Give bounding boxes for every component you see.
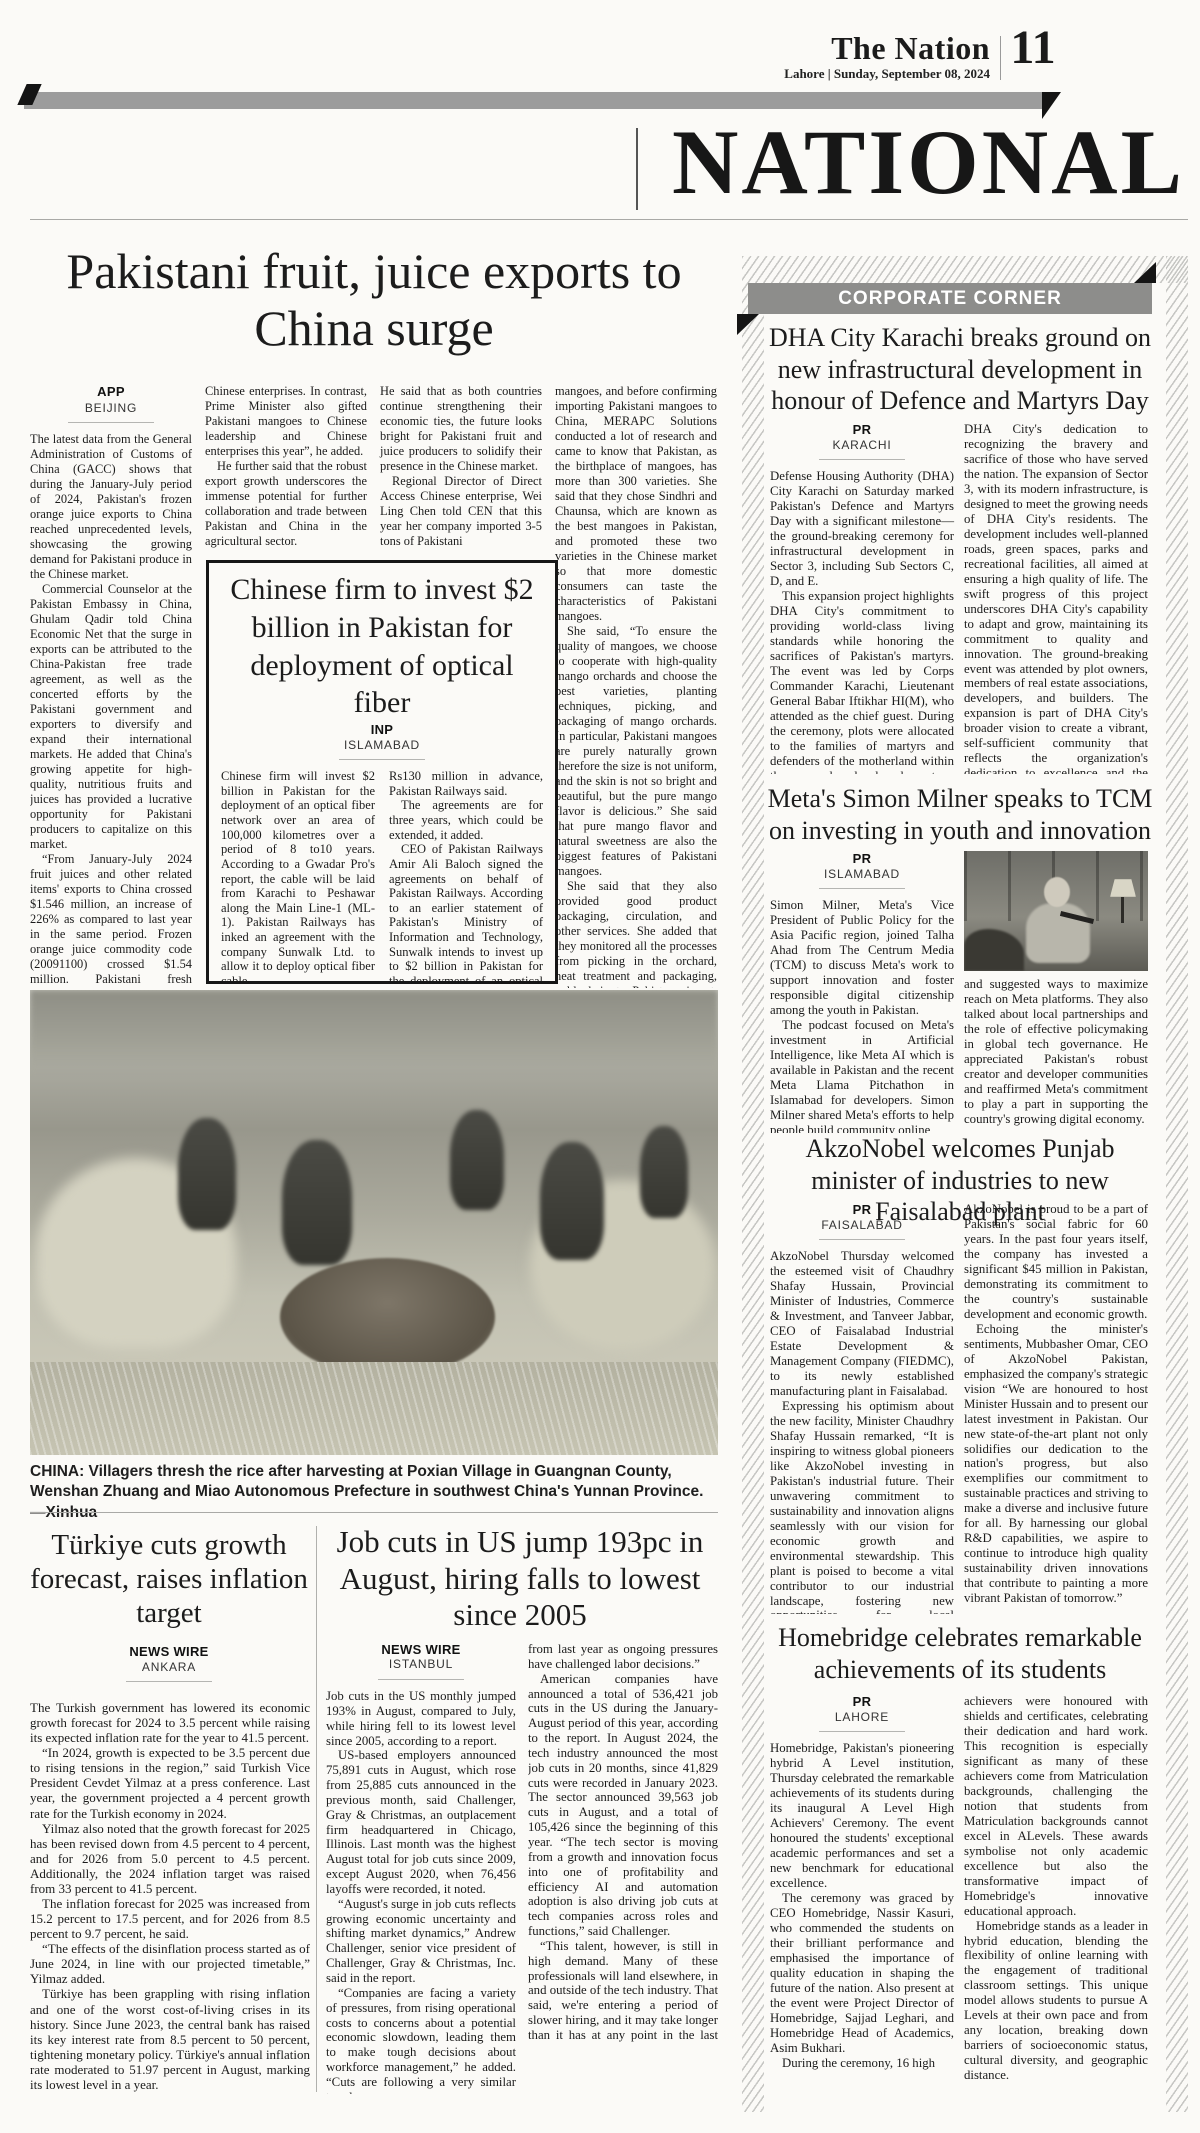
paragraph: Chinese firm will invest $2 billion in P… <box>221 769 375 984</box>
byline-city: ANKARA <box>30 1660 308 1674</box>
byline-city: KARACHI <box>770 438 954 452</box>
byline-mango: APP BEIJING <box>30 384 192 423</box>
page-number: 11 <box>1010 24 1056 72</box>
byline-city: FAISALABAD <box>770 1218 954 1232</box>
photo-figure <box>640 1126 688 1218</box>
paragraph: Chinese enterprises. In contrast, Prime … <box>205 384 367 459</box>
paragraph: He further said that the robust export g… <box>205 459 367 549</box>
byline-rule <box>819 1731 905 1732</box>
paragraph: “From January-July 2024 fruit juices and… <box>30 852 192 988</box>
corporate-corner-label: CORPORATE CORNER <box>838 288 1062 310</box>
banner-fold-icon <box>737 314 759 335</box>
dha-column-left-text: Defense Housing Authority (DHA) City Kar… <box>770 469 954 774</box>
photo-figure <box>540 1142 604 1260</box>
photo-seated-man <box>1026 903 1090 963</box>
article-meta-body: PR ISLAMABAD Simon Milner, Meta's Vice P… <box>770 851 1148 1133</box>
paragraph: The ceremony was graced by CEO Homebridg… <box>770 1891 954 2056</box>
byline-agency: PR <box>770 422 954 437</box>
mango-column-1-text: The latest data from the General Adminis… <box>30 432 192 988</box>
paragraph: She said that they also provided good pr… <box>555 879 717 988</box>
article-mango-headline: Pakistani fruit, juice exports to China … <box>40 243 708 356</box>
optical-column-left: Chinese firm will invest $2 billion in P… <box>221 769 375 984</box>
byline-agency: NEWS WIRE <box>30 1644 308 1659</box>
byline-agency: APP <box>30 384 192 400</box>
paragraph: She said, “To ensure the quality of mang… <box>555 624 717 879</box>
paragraph: During the ceremony, 16 high <box>770 2056 954 2071</box>
paragraph: Rs130 million in advance, Pakistan Railw… <box>389 769 543 798</box>
byline-optical: INP ISLAMABAD <box>221 722 543 760</box>
masthead-paper-name: The Nation <box>720 30 990 67</box>
mango-column-1: APP BEIJING The latest data from the Gen… <box>30 384 192 988</box>
dha-column-right: DHA City's dedication to recognizing the… <box>964 422 1148 774</box>
byline-rule <box>68 422 154 423</box>
paragraph: achievers were honoured with shields and… <box>964 1694 1148 1919</box>
byline-dha: PR KARACHI <box>770 422 954 460</box>
paragraph: CEO of Pakistan Railways Amir Ali Baloch… <box>389 842 543 984</box>
byline-jobcuts: NEWS WIRE ISTANBUL <box>326 1642 516 1680</box>
paragraph: Job cuts in the US monthly jumped 193% i… <box>326 1689 516 1748</box>
jobcuts-column-1-text: Job cuts in the US monthly jumped 193% i… <box>326 1689 516 2094</box>
byline-rule <box>126 1681 212 1682</box>
masthead-dateline: Lahore | Sunday, September 08, 2024 <box>660 66 990 82</box>
paragraph: mangoes, and before confirming importing… <box>555 384 717 624</box>
header-bar <box>24 92 1042 109</box>
corporate-corner-banner: CORPORATE CORNER <box>748 283 1152 314</box>
paragraph: Echoing the minister's sentiments, Mubba… <box>964 1322 1148 1606</box>
paragraph: Homebridge, Pakistan's pioneering hybrid… <box>770 1741 954 1891</box>
photo-figure <box>282 1140 352 1265</box>
article-optical-box: Chinese firm to invest $2 billion in Pak… <box>206 560 558 984</box>
photo-man-head <box>1044 877 1070 907</box>
akzo-column-left-text: AkzoNobel Thursday welcomed the esteemed… <box>770 1249 954 1614</box>
paragraph: He said that as both countries continue … <box>380 384 542 474</box>
paragraph: AkzoNobel is proud to be a part of Pakis… <box>964 1202 1148 1322</box>
photo-figure <box>450 1110 504 1210</box>
banner-fold-icon <box>1134 262 1156 283</box>
paragraph: Yilmaz also noted that the growth foreca… <box>30 1821 310 1896</box>
byline-agency: PR <box>770 1694 954 1709</box>
dha-column-left: PR KARACHI Defense Housing Authority (DH… <box>770 422 954 774</box>
byline-meta: PR ISLAMABAD <box>770 851 954 889</box>
byline-homebridge: PR LAHORE <box>770 1694 954 1732</box>
byline-agency: PR <box>770 1202 954 1217</box>
paragraph: “Companies are facing a variety of press… <box>326 1986 516 2094</box>
photo-caption: CHINA: Villagers thresh the rice after h… <box>30 1462 718 1523</box>
meta-column-left: PR ISLAMABAD Simon Milner, Meta's Vice P… <box>770 851 954 1133</box>
newspaper-page: The Nation Lahore | Sunday, September 08… <box>0 0 1200 2133</box>
photo-threshing-tub <box>280 1258 495 1376</box>
byline-city: ISLAMABAD <box>221 738 543 752</box>
article-homebridge-body: PR LAHORE Homebridge, Pakistan's pioneer… <box>770 1694 1148 2110</box>
news-photo-rice-threshing <box>30 990 718 1455</box>
paragraph: Homebridge stands as a leader in hybrid … <box>964 1919 1148 2084</box>
corporate-corner-hatch-right <box>1166 256 1188 2112</box>
byline-city: ISLAMABAD <box>770 867 954 881</box>
byline-agency: NEWS WIRE <box>326 1642 516 1657</box>
paragraph: “August's surge in job cuts reflects gro… <box>326 1897 516 1986</box>
paragraph: Defense Housing Authority (DHA) City Kar… <box>770 469 954 589</box>
paragraph: This expansion project highlights DHA Ci… <box>770 589 954 774</box>
article-turkiye-headline: Türkiye cuts growth forecast, raises inf… <box>30 1528 308 1631</box>
photo-treeline <box>30 990 718 1074</box>
photo-armchair <box>964 929 1024 971</box>
byline-rule <box>819 888 905 889</box>
section-rule <box>30 1512 718 1513</box>
mango-column-4: mangoes, and before confirming importing… <box>555 384 717 988</box>
paragraph: “In 2024, growth is expected to be 3.5 p… <box>30 1745 310 1820</box>
paragraph: The podcast focused on Meta's investment… <box>770 1018 954 1133</box>
photo-foreground-straw <box>30 1362 718 1455</box>
article-turkiye-body: The Turkish government has lowered its e… <box>30 1700 310 2108</box>
paragraph: The latest data from the General Adminis… <box>30 432 192 582</box>
corporate-corner-hatch-top <box>742 256 1188 283</box>
header-rule <box>30 219 1188 220</box>
byline-rule <box>378 1679 464 1680</box>
paragraph: American companies have announced a tota… <box>528 1672 718 1939</box>
paragraph: AkzoNobel Thursday welcomed the esteemed… <box>770 1249 954 1399</box>
byline-rule <box>819 1239 905 1240</box>
meta-column-right: and suggested ways to maximize reach on … <box>964 851 1148 1133</box>
byline-turkiye: NEWS WIRE ANKARA <box>30 1644 308 1691</box>
akzo-column-left: PR FAISALABAD AkzoNobel Thursday welcome… <box>770 1202 954 1614</box>
photo-figure <box>178 1118 236 1230</box>
article-dha-headline: DHA City Karachi breaks ground on new in… <box>762 322 1158 417</box>
column-divider <box>316 1526 317 2092</box>
homebridge-column-right: achievers were honoured with shields and… <box>964 1694 1148 2110</box>
byline-rule <box>339 759 425 760</box>
paragraph: Commercial Counselor at the Pakistan Emb… <box>30 582 192 852</box>
article-jobcuts-column-1: NEWS WIRE ISTANBUL Job cuts in the US mo… <box>326 1642 516 2094</box>
paragraph: Regional Director of Direct Access Chine… <box>380 474 542 549</box>
byline-akzo: PR FAISALABAD <box>770 1202 954 1240</box>
article-akzo-body: PR FAISALABAD AkzoNobel Thursday welcome… <box>770 1202 1148 1614</box>
optical-column-right: Rs130 million in advance, Pakistan Railw… <box>389 769 543 984</box>
homebridge-column-left-text: Homebridge, Pakistan's pioneering hybrid… <box>770 1741 954 2070</box>
byline-agency: PR <box>770 851 954 866</box>
homebridge-column-left: PR LAHORE Homebridge, Pakistan's pioneer… <box>770 1694 954 2110</box>
article-jobcuts-column-2: from last year as ongoing pressures have… <box>528 1642 718 2042</box>
corporate-corner-hatch-left <box>742 256 764 2112</box>
meta-column-right-text: and suggested ways to maximize reach on … <box>964 977 1148 1127</box>
optical-columns: Chinese firm will invest $2 billion in P… <box>221 769 543 984</box>
article-homebridge-headline: Homebridge celebrates remarkable achieve… <box>762 1622 1158 1685</box>
meta-column-left-text: Simon Milner, Meta's Vice President of P… <box>770 898 954 1133</box>
paragraph: The Turkish government has lowered its e… <box>30 1700 310 1745</box>
article-dha-body: PR KARACHI Defense Housing Authority (DH… <box>770 422 1148 774</box>
article-optical-headline: Chinese firm to invest $2 billion in Pak… <box>221 571 543 722</box>
byline-rule <box>819 459 905 460</box>
article-meta-headline: Meta's Simon Milner speaks to TCM on inv… <box>762 783 1158 846</box>
paragraph: Türkiye has been grappling with rising i… <box>30 1986 310 2092</box>
byline-city: LAHORE <box>770 1710 954 1724</box>
paragraph: The agreements are for three years, whic… <box>389 798 543 842</box>
paragraph: from last year as ongoing pressures have… <box>528 1642 718 1672</box>
masthead-divider <box>1000 36 1001 80</box>
paragraph: Expressing his optimism about the new fa… <box>770 1399 954 1614</box>
paragraph: The inflation forecast for 2025 was incr… <box>30 1896 310 1941</box>
byline-city: BEIJING <box>30 401 192 416</box>
photo-simon-milner-interview <box>964 851 1148 971</box>
photo-lamp-stand <box>1121 897 1124 923</box>
paragraph: DHA City's dedication to recognizing the… <box>964 422 1148 774</box>
paragraph: Simon Milner, Meta's Vice President of P… <box>770 898 954 1018</box>
paragraph: “This talent, however, is still in high … <box>528 1939 718 2042</box>
byline-city: ISTANBUL <box>326 1658 516 1672</box>
section-title: NATIONAL <box>560 116 1185 208</box>
article-jobcuts-headline: Job cuts in US jump 193pc in August, hir… <box>322 1524 718 1634</box>
paragraph: US-based employers announced 75,891 cuts… <box>326 1748 516 1896</box>
paragraph: “The effects of the disinflation process… <box>30 1941 310 1986</box>
paragraph: and suggested ways to maximize reach on … <box>964 977 1148 1127</box>
akzo-column-right: AkzoNobel is proud to be a part of Pakis… <box>964 1202 1148 1614</box>
byline-agency: INP <box>221 722 543 737</box>
